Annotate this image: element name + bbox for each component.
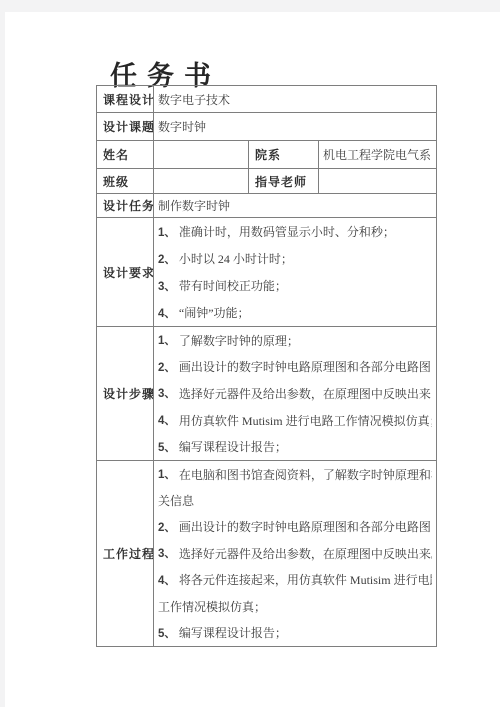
text-line: 工作情况模拟仿真；: [158, 593, 432, 619]
document-page: 任务书 课程设计 数字电子技术 设计课题 数字时钟 姓名 院系 机电工程学院电气…: [5, 12, 500, 707]
table-row: 班级 指导老师: [97, 169, 437, 194]
list-item-number: 1、: [158, 332, 176, 348]
text-line: 4、“闹钟”功能；: [158, 299, 432, 326]
design-task-label: 设计任务: [97, 194, 154, 218]
list-item-number: 4、: [158, 572, 176, 588]
table-row: 课程设计 数字电子技术: [97, 86, 437, 113]
text-line: 3、选择好元器件及给出参数，在原理图中反映出来；: [158, 380, 432, 407]
list-item-number: 3、: [158, 278, 176, 294]
design-steps-label: 设计步骤: [97, 327, 154, 461]
name-label: 姓名: [97, 141, 154, 169]
document-page-background: { "colors": { "canvas_background": "#f3f…: [0, 0, 500, 707]
list-item-number: 3、: [158, 545, 176, 561]
table-row: 设计步骤 1、了解数字时钟的原理；2、画出设计的数字时钟电路原理图和各部分电路图…: [97, 327, 437, 461]
table-row: 工作过程 1、在电脑和图书馆查阅资料，了解数字时钟原理和相关信息2、画出设计的数…: [97, 460, 437, 646]
text-line: 2、小时以 24 小时计时；: [158, 245, 432, 272]
table-row: 设计要求 1、准确计时，用数码管显示小时、分和秒；2、小时以 24 小时计时；3…: [97, 218, 437, 327]
advisor-label: 指导老师: [249, 169, 319, 194]
text-line: 1、了解数字时钟的原理；: [158, 327, 432, 354]
department-label: 院系: [249, 141, 319, 169]
task-info-table: 课程设计 数字电子技术 设计课题 数字时钟 姓名 院系 机电工程学院电气系 班级…: [96, 85, 437, 647]
design-topic-value: 数字时钟: [154, 113, 437, 141]
list-item-number: 5、: [158, 439, 176, 455]
list-item-number: 4、: [158, 305, 176, 321]
list-item-number: 2、: [158, 251, 176, 267]
design-task-value: 制作数字时钟: [154, 194, 437, 218]
table-row: 姓名 院系 机电工程学院电气系: [97, 141, 437, 169]
text-line: 2、画出设计的数字时钟电路原理图和各部分电路图；: [158, 514, 432, 540]
list-item-number: 4、: [158, 412, 176, 428]
table-row: 设计课题 数字时钟: [97, 113, 437, 141]
list-item-number: 5、: [158, 625, 176, 641]
design-requirements-label: 设计要求: [97, 218, 154, 327]
design-steps-list: 1、了解数字时钟的原理；2、画出设计的数字时钟电路原理图和各部分电路图；3、选择…: [154, 327, 437, 461]
course-design-value: 数字电子技术: [154, 86, 437, 113]
list-item-number: 1、: [158, 466, 176, 482]
text-line: 关信息: [158, 487, 432, 513]
table-row: 设计任务 制作数字时钟: [97, 194, 437, 218]
department-value: 机电工程学院电气系: [319, 141, 437, 169]
work-process-label: 工作过程: [97, 460, 154, 646]
text-line: 4、将各元件连接起来，用仿真软件 Mutisim 进行电路: [158, 567, 432, 593]
design-topic-label: 设计课题: [97, 113, 154, 141]
text-line: 3、选择好元器件及给出参数，在原理图中反映出来。: [158, 540, 432, 566]
text-line: 5、编写课程设计报告；: [158, 433, 432, 460]
design-requirements-list: 1、准确计时，用数码管显示小时、分和秒；2、小时以 24 小时计时；3、带有时间…: [154, 218, 437, 327]
class-value: [154, 169, 249, 194]
list-item-number: 3、: [158, 385, 176, 401]
course-design-label: 课程设计: [97, 86, 154, 113]
text-line: 5、编写课程设计报告；: [158, 619, 432, 645]
list-item-number: 2、: [158, 359, 176, 375]
class-label: 班级: [97, 169, 154, 194]
list-item-number: 2、: [158, 519, 176, 535]
work-process-list: 1、在电脑和图书馆查阅资料，了解数字时钟原理和相关信息2、画出设计的数字时钟电路…: [154, 460, 437, 646]
text-line: 1、在电脑和图书馆查阅资料，了解数字时钟原理和相: [158, 461, 432, 487]
advisor-value: [319, 169, 437, 194]
text-line: 3、带有时间校正功能；: [158, 272, 432, 299]
text-line: 2、画出设计的数字时钟电路原理图和各部分电路图；: [158, 354, 432, 381]
text-line: 1、准确计时，用数码管显示小时、分和秒；: [158, 218, 432, 245]
text-line: 4、用仿真软件 Mutisim 进行电路工作情况模拟仿真；: [158, 407, 432, 434]
name-value: [154, 141, 249, 169]
list-item-number: 1、: [158, 224, 176, 240]
